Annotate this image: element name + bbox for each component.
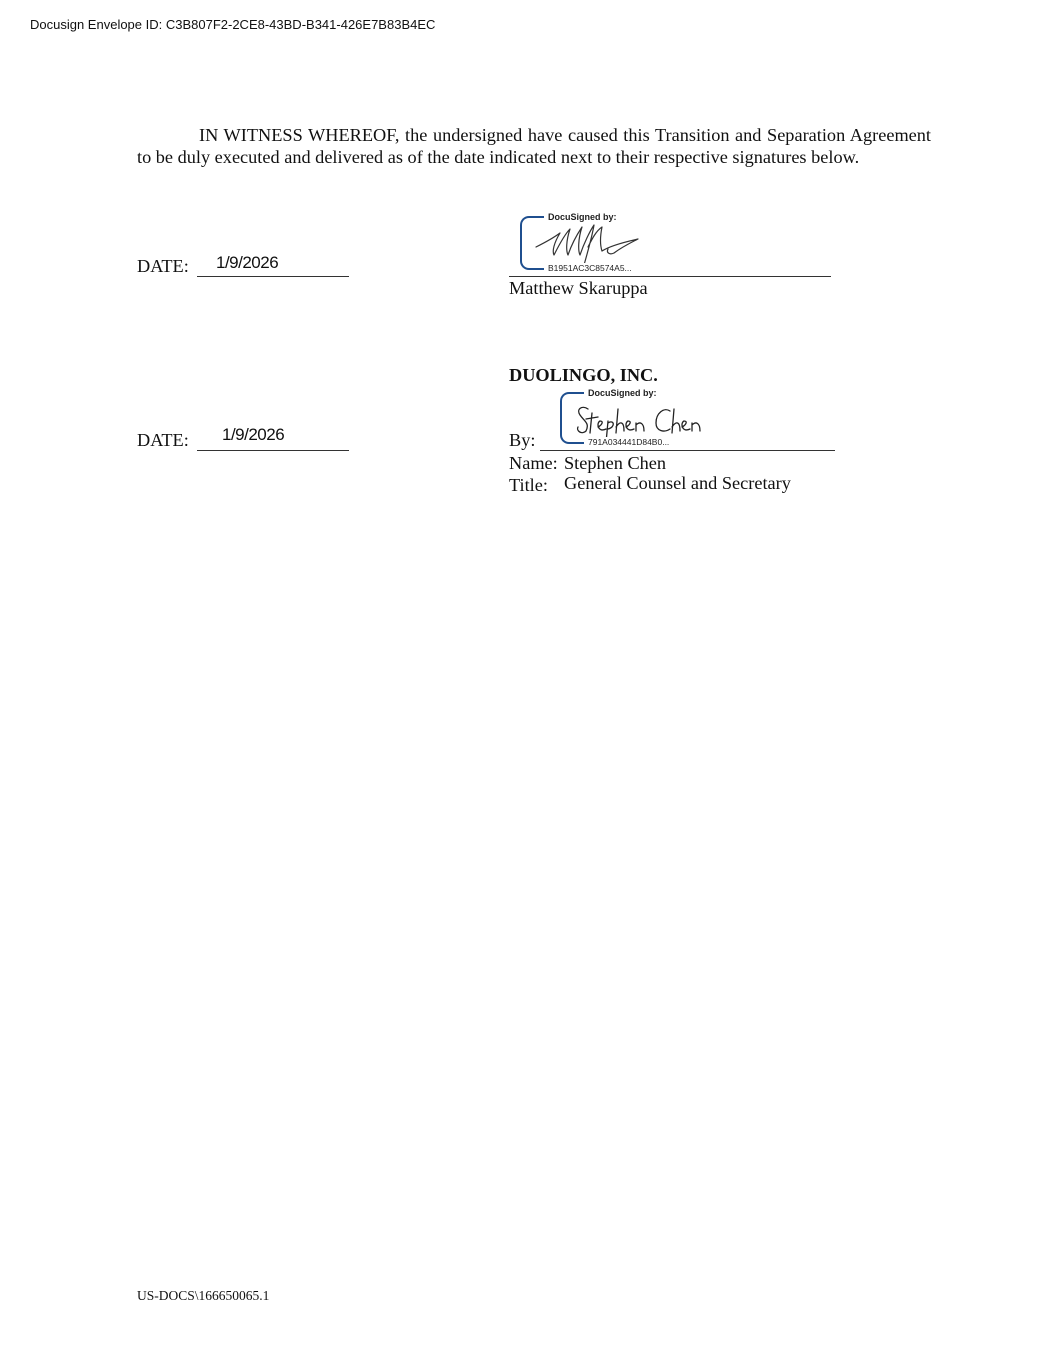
date-line bbox=[197, 276, 349, 277]
title-value: General Counsel and Secretary bbox=[564, 473, 791, 494]
date-line bbox=[197, 450, 349, 451]
docusign-stamp: DocuSigned by: B1951AC3C8574A5... bbox=[520, 211, 680, 273]
title-label: Title: bbox=[509, 475, 548, 496]
by-label: By: bbox=[509, 430, 535, 451]
date-label: DATE: bbox=[137, 430, 189, 451]
name-label: Name: bbox=[509, 453, 558, 474]
document-reference: US-DOCS\166650065.1 bbox=[137, 1288, 269, 1304]
docusign-id: 791A034441D84B0... bbox=[586, 437, 671, 447]
company-name: DUOLINGO, INC. bbox=[509, 365, 658, 386]
date-value: 1/9/2026 bbox=[216, 253, 278, 273]
signature-line bbox=[540, 450, 835, 451]
signature-icon bbox=[530, 221, 660, 265]
witness-paragraph: IN WITNESS WHEREOF, the undersigned have… bbox=[137, 124, 931, 168]
name-value: Stephen Chen bbox=[564, 453, 666, 474]
signature-line bbox=[509, 276, 831, 277]
signature-icon bbox=[574, 399, 714, 439]
docusign-stamp: DocuSigned by: 791A034441D84B0... bbox=[560, 387, 730, 449]
docusign-id: B1951AC3C8574A5... bbox=[546, 263, 634, 273]
date-label: DATE: bbox=[137, 256, 189, 277]
docusign-label: DocuSigned by: bbox=[586, 388, 659, 398]
signer-name: Matthew Skaruppa bbox=[509, 278, 648, 299]
envelope-id: Docusign Envelope ID: C3B807F2-2CE8-43BD… bbox=[30, 17, 435, 32]
date-value: 1/9/2026 bbox=[222, 425, 284, 445]
